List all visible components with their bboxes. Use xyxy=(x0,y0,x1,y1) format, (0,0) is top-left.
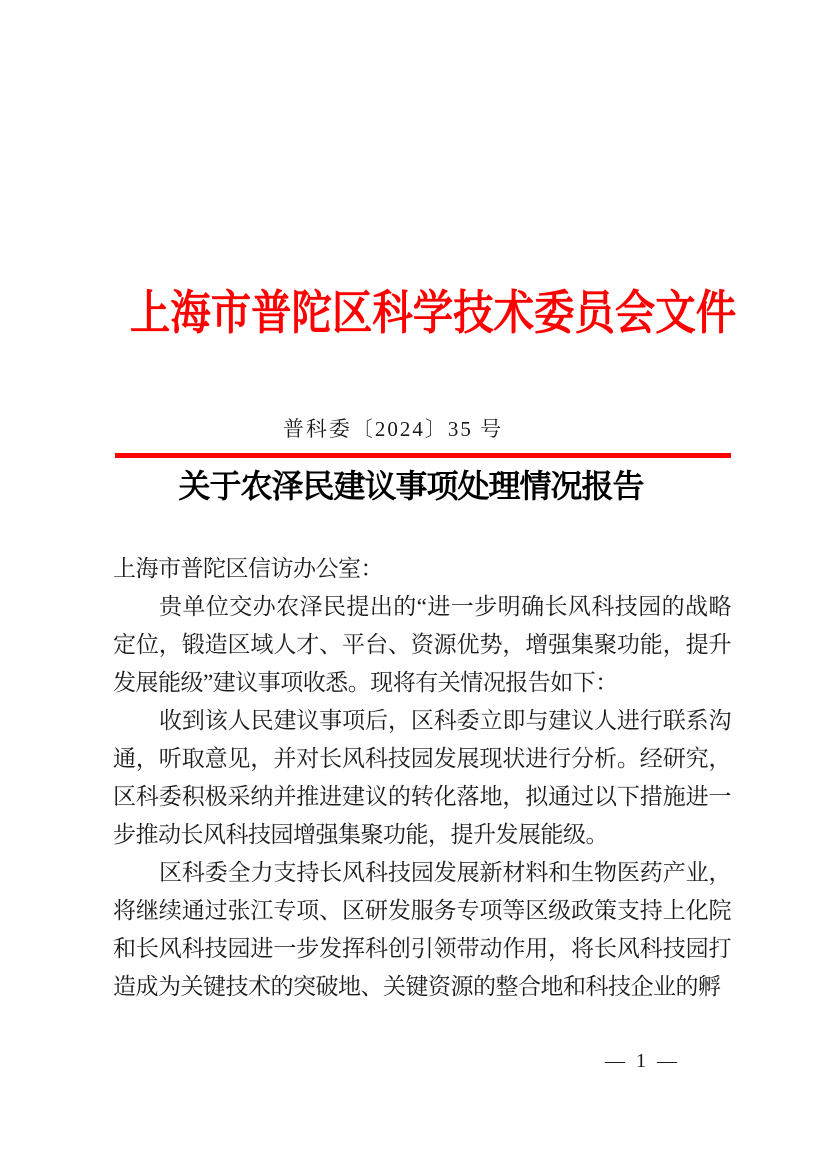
recipient-line: 上海市普陀区信访办公室： xyxy=(113,550,731,588)
masthead-title: 上海市普陀区科学技术委员会文件 xyxy=(130,283,736,345)
document-page: 上海市普陀区科学技术委员会文件 普科委〔2024〕35 号 关于农泽民建议事项处… xyxy=(0,0,822,1169)
red-divider-rule xyxy=(115,453,731,458)
body-paragraph: 收到该人民建议事项后，区科委立即与建议人进行联系沟通，听取意见，并对长风科技园发… xyxy=(113,702,731,854)
body-paragraph: 区科委全力支持长风科技园发展新材料和生物医药产业，将继续通过张江专项、区研发服务… xyxy=(113,854,731,1006)
document-title: 关于农泽民建议事项处理情况报告 xyxy=(178,464,643,508)
body-paragraph: 贵单位交办农泽民提出的“进一步明确长风科技园的战略定位，锻造区域人才、平台、资源… xyxy=(113,588,731,702)
page-number: — 1 — xyxy=(605,1047,680,1075)
document-body: 上海市普陀区信访办公室： 贵单位交办农泽民提出的“进一步明确长风科技园的战略定位… xyxy=(113,550,731,1006)
doc-number: 普科委〔2024〕35 号 xyxy=(283,414,503,444)
